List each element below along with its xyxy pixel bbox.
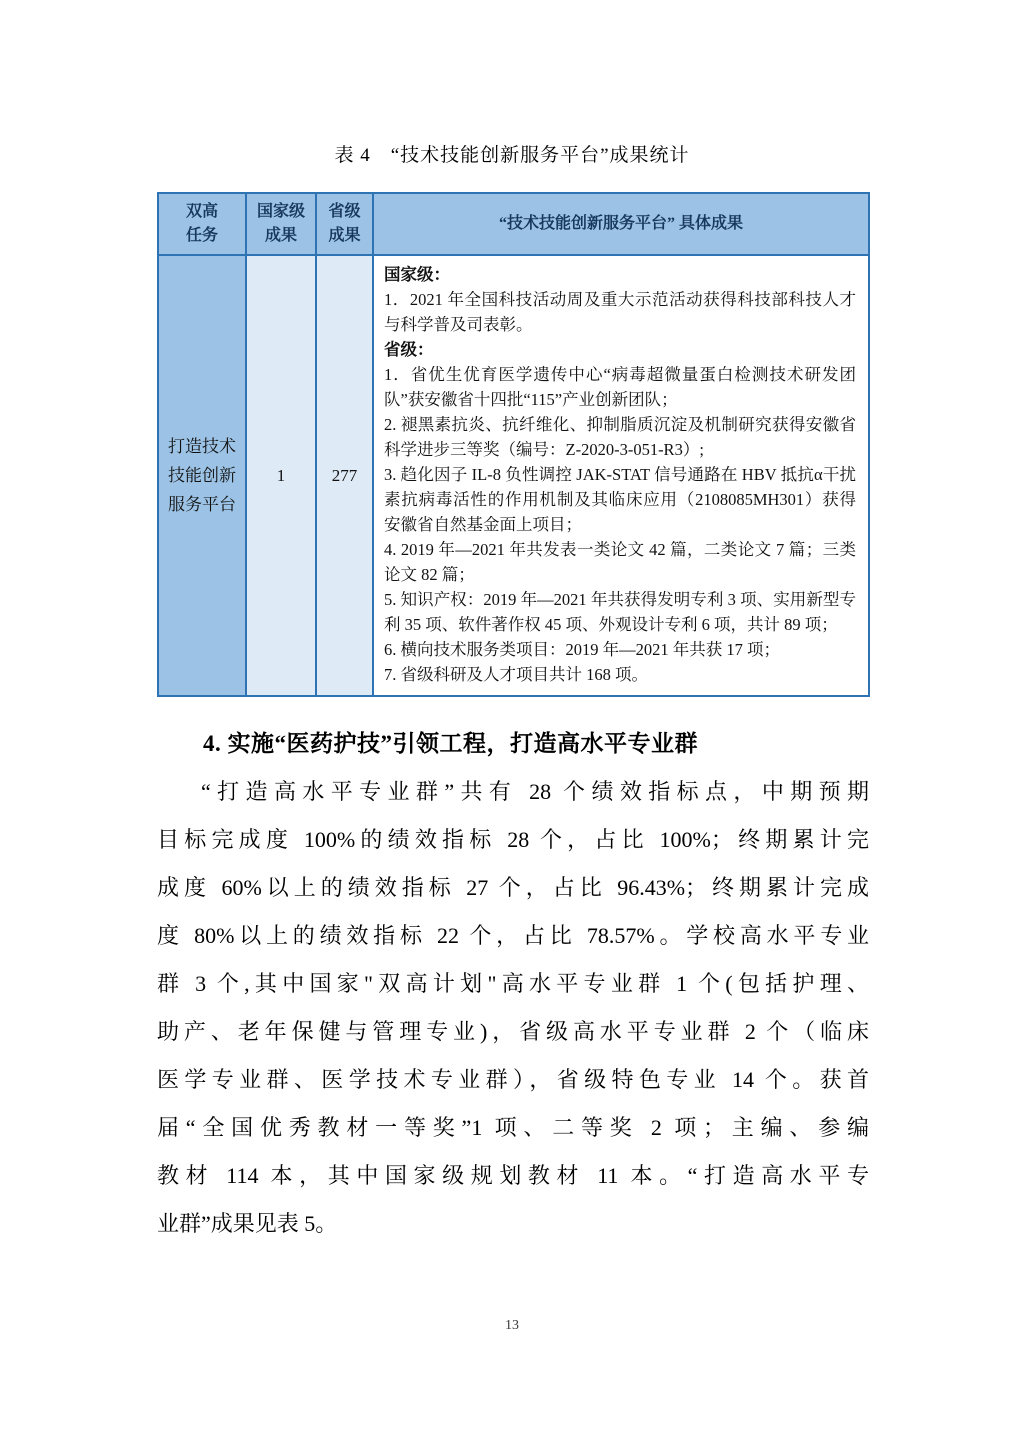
cell-task: 打造技术技能创新服务平台: [158, 255, 246, 696]
table-caption: 表 4 “技术技能创新服务平台”成果统计: [0, 0, 1024, 167]
header-cell-national: 国家级 成果: [246, 193, 316, 255]
document-page: 表 4 “技术技能创新服务平台”成果统计 双高 任务 国家级 成果 省级 成果 …: [0, 0, 1024, 1448]
header-cell-provincial: 省级 成果: [316, 193, 373, 255]
body-paragraph: “打造高水平专业群”共有 28 个绩效指标点，中期预期 目标完成度 100%的绩…: [157, 768, 869, 1248]
paragraph-line: 教材 114 本，其中国家级规划教材 11 本。“打造高水平专: [157, 1152, 869, 1200]
header-cell-details: “技术技能创新服务平台” 具体成果: [373, 193, 869, 255]
detail-line: 1．2021 年全国科技活动周及重大示范活动获得科技部科技人才与科学普及司表彰。: [384, 287, 856, 337]
detail-line: 2. 褪黑素抗炎、抗纤维化、抑制脂质沉淀及机制研究获得安徽省科学进步三等奖（编号…: [384, 412, 856, 462]
results-table-wrap: 双高 任务 国家级 成果 省级 成果 “技术技能创新服务平台” 具体成果 打造技…: [157, 192, 868, 697]
detail-line: 5. 知识产权：2019 年—2021 年共获得发明专利 3 项、实用新型专利 …: [384, 587, 856, 637]
detail-line: 省级：: [384, 337, 856, 362]
detail-line: 6. 横向技术服务类项目：2019 年—2021 年共获 17 项；: [384, 637, 856, 662]
paragraph-line: 群 3 个,其中国家"双高计划"高水平专业群 1 个(包括护理、: [157, 960, 869, 1008]
paragraph-line: 医学专业群、医学技术专业群），省级特色专业 14 个。获首: [157, 1056, 869, 1104]
paragraph-line: 助产、老年保健与管理专业)，省级高水平专业群 2 个（临床: [157, 1008, 869, 1056]
results-table: 双高 任务 国家级 成果 省级 成果 “技术技能创新服务平台” 具体成果 打造技…: [157, 192, 870, 697]
detail-line: 国家级：: [384, 262, 856, 287]
detail-line: 3. 趋化因子 IL-8 负性调控 JAK-STAT 信号通路在 HBV 抵抗α…: [384, 462, 856, 537]
cell-provincial-count: 277: [316, 255, 373, 696]
paragraph-line: 目标完成度 100%的绩效指标 28 个，占比 100%；终期累计完: [157, 816, 869, 864]
paragraph-line: 成度 60%以上的绩效指标 27 个，占比 96.43%；终期累计完成: [157, 864, 869, 912]
header-cell-task: 双高 任务: [158, 193, 246, 255]
section-heading: 4. 实施“医药护技”引领工程，打造高水平专业群: [157, 725, 868, 758]
detail-line: 7. 省级科研及人才项目共计 168 项。: [384, 662, 856, 687]
table-body-row: 打造技术技能创新服务平台 1 277 国家级： 1．2021 年全国科技活动周及…: [158, 255, 869, 696]
paragraph-line: 业群”成果见表 5。: [157, 1200, 869, 1248]
paragraph-line: 度 80%以上的绩效指标 22 个，占比 78.57%。学校高水平专业: [157, 912, 869, 960]
detail-line: 1．省优生优育医学遗传中心“病毒超微量蛋白检测技术研发团队”获安徽省十四批“11…: [384, 362, 856, 412]
cell-details: 国家级： 1．2021 年全国科技活动周及重大示范活动获得科技部科技人才与科学普…: [373, 255, 869, 696]
paragraph-line: “打造高水平专业群”共有 28 个绩效指标点，中期预期: [157, 768, 869, 816]
paragraph-line: 届“全国优秀教材一等奖”1 项、二等奖 2 项；主编、参编: [157, 1104, 869, 1152]
table-header-row: 双高 任务 国家级 成果 省级 成果 “技术技能创新服务平台” 具体成果: [158, 193, 869, 255]
cell-national-count: 1: [246, 255, 316, 696]
detail-line: 4. 2019 年—2021 年共发表一类论文 42 篇，二类论文 7 篇；三类…: [384, 537, 856, 587]
page-number: 13: [0, 1318, 1024, 1334]
